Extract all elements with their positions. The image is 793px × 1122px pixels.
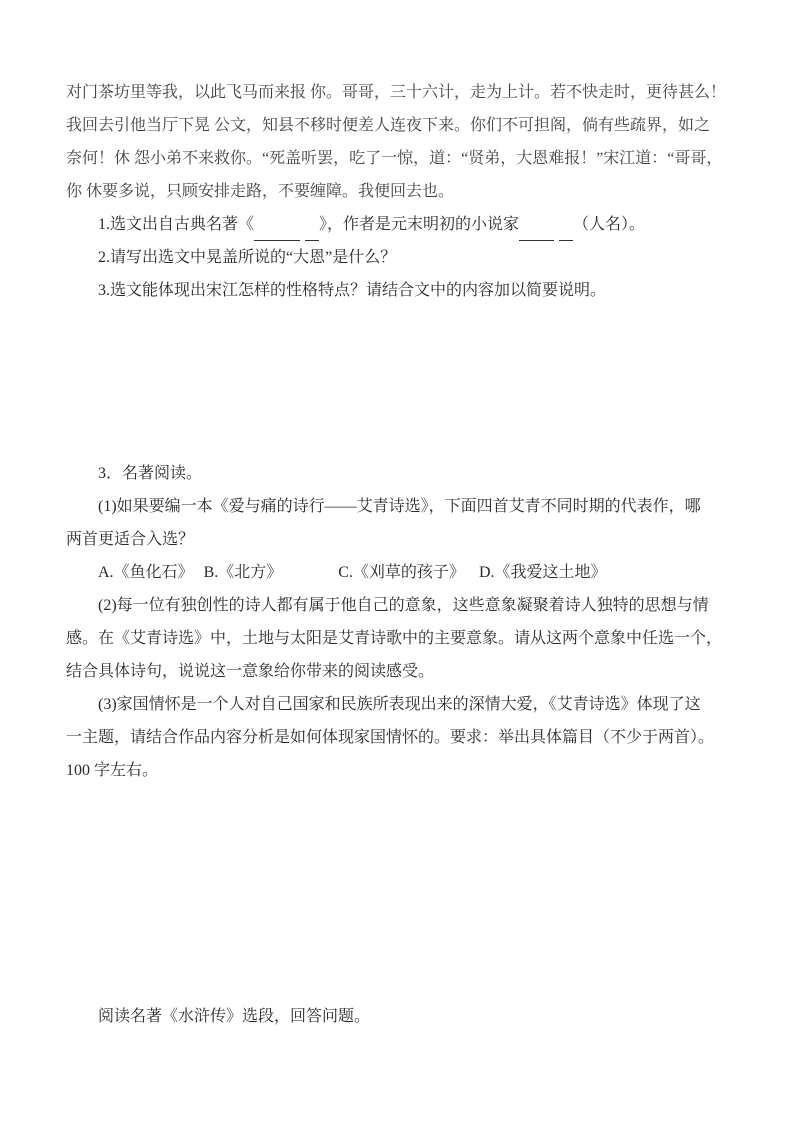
question-1: 1.选文出自古典名著《》，作者是元末明初的小说家（人名）。 (66, 208, 731, 241)
document-page: 对门茶坊里等我，以此飞马而来报 你。哥哥，三十六计，走为上计。若不快走时，更待甚… (0, 0, 793, 1122)
passage-questions: 1.选文出自古典名著《》，作者是元末明初的小说家（人名）。 2.请写出选文中晃盖… (66, 208, 731, 307)
option-b: B.《北方》 (204, 556, 283, 589)
section-3-q1-line-1: (1)如果要编一本《爱与痛的诗行——艾青诗选》，下面四首艾青不同时期的代表作，哪 (66, 490, 731, 523)
question-1-text-after: （人名）。 (573, 216, 645, 233)
section-3-q2-line-3: 结合具体诗句，说说这一意象给你带来的阅读感受。 (66, 655, 731, 688)
answer-blank-author-long (519, 224, 554, 241)
section-3-q2-line-2: 感。在《艾青诗选》中，土地与太阳是艾青诗歌中的主要意象。请从这两个意象中任选一个… (66, 622, 731, 655)
section-3-q1-line-2: 两首更适合入选？ (66, 523, 731, 556)
passage-line-2: 我回去引他当厅下晃 公文，知县不移时便差人连夜下来。你们不可担阁，倘有些疏界，如… (66, 109, 731, 142)
question-1-text-middle: 》，作者是元末明初的小说家 (319, 216, 519, 233)
answer-space (66, 307, 731, 457)
section-3-q2-line-1: (2)每一位有独创性的诗人都有属于他自己的意象，这些意象凝聚着诗人独特的思想与情 (66, 589, 731, 622)
passage-line-4: 你 休要多说，只顾安排走路，不要缠障。我便回去也。 (66, 175, 731, 208)
section-3-q3-line-2: 一主题，请结合作品内容分析是如何体现家国情怀的。要求：举出具体篇目（不少于两首）… (66, 721, 731, 754)
question-3: 3.选文能体现出宋江怎样的性格特点？请结合文中的内容加以简要说明。 (66, 274, 731, 307)
passage-line-1: 对门茶坊里等我，以此飞马而来报 你。哥哥，三十六计，走为上计。若不快走时，更待甚… (66, 76, 731, 109)
option-d: D.《我爱这土地》 (479, 556, 607, 589)
answer-blank-title-short (305, 224, 319, 241)
footer-instruction: 阅读名著《水浒传》选段，回答问题。 (66, 1000, 731, 1033)
reading-passage: 对门茶坊里等我，以此飞马而来报 你。哥哥，三十六计，走为上计。若不快走时，更待甚… (66, 76, 731, 208)
passage-line-3: 奈何！休 怨小弟不来救你。“死盖听罢，吃了一惊，道：“贤弟，大恩难报！”宋江道：… (66, 142, 731, 175)
answer-space-2 (66, 787, 731, 1000)
question-1-text-before-blank: 1.选文出自古典名著《 (98, 216, 254, 233)
section-3-famous-works-reading: 3．名著阅读。 (1)如果要编一本《爱与痛的诗行——艾青诗选》，下面四首艾青不同… (66, 457, 731, 787)
answer-blank-title-long (254, 224, 300, 241)
answer-blank-author-short (559, 224, 573, 241)
section-3-q3-line-1: (3)家国情怀是一个人对自己国家和民族所表现出来的深情大爱，《艾青诗选》体现了这 (66, 688, 731, 721)
question-2: 2.请写出选文中晃盖所说的“大恩”是什么？ (66, 241, 731, 274)
option-c: C.《刈草的孩子》 (338, 556, 465, 589)
section-3-title: 3．名著阅读。 (66, 457, 731, 490)
option-a: A.《鱼化石》 (98, 556, 194, 589)
section-3-q3-line-3: 100 字左右。 (66, 754, 731, 787)
options-line: A.《鱼化石》B.《北方》C.《刈草的孩子》D.《我爱这土地》 (66, 556, 731, 589)
